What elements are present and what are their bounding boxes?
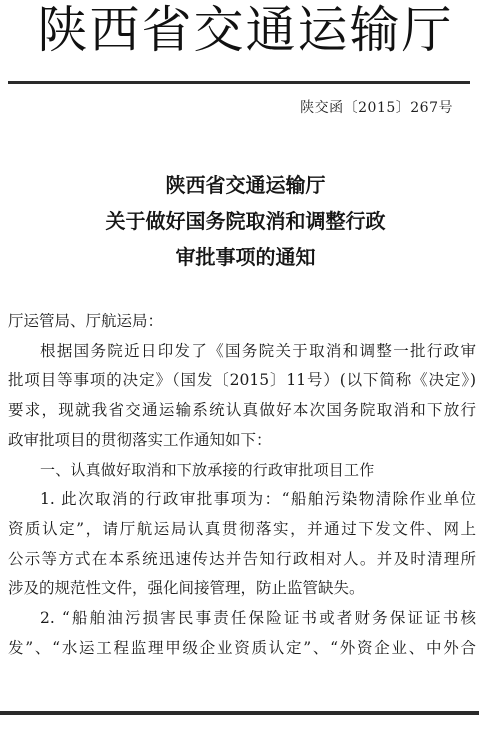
intro-line-4: 政审批项目的贯彻落实工作通知如下：: [8, 426, 476, 456]
document-number: 陕交函〔2015〕267号: [300, 99, 453, 117]
section-heading: 一、认真做好取消和下放承接的行政审批项目工作: [8, 456, 476, 486]
salutation: 厅运管局、厅航运局：: [8, 307, 476, 337]
masthead-title: 陕西省交通运输厅: [0, 2, 491, 58]
title-line-2: 关于做好国务院取消和调整行政: [0, 203, 491, 239]
item1-line-2: 资质认定”，请厅航运局认真贯彻落实，并通过下发文件、网上: [8, 515, 476, 545]
masthead-divider: [8, 81, 470, 84]
item1-line-1: 1. 此次取消的行政审批事项为：“船舶污染物清除作业单位: [8, 485, 476, 515]
page-bottom-divider: [0, 711, 479, 715]
item2-line-2: 发”、“水运工程监理甲级企业资质认定”、“外资企业、中外合: [8, 634, 476, 664]
item2-line-1: 2. “船舶油污损害民事责任保险证书或者财务保证证书核: [8, 604, 476, 634]
item1-line-3: 公示等方式在本系统迅速传达并告知行政相对人。并及时清理所: [8, 545, 476, 575]
title-line-3: 审批事项的通知: [0, 239, 491, 275]
intro-line-2: 批项目等事项的决定》（国发〔2015〕11号）(以下简称《决定》): [8, 366, 476, 396]
item1-line-4: 涉及的规范性文件，强化间接管理，防止监管缺失。: [8, 574, 476, 604]
title-line-1: 陕西省交通运输厅: [0, 167, 491, 203]
document-body: 厅运管局、厅航运局： 根据国务院近日印发了《国务院关于取消和调整一批行政审 批项…: [8, 307, 476, 663]
intro-line-3: 要求，现就我省交通运输系统认真做好本次国务院取消和下放行: [8, 396, 476, 426]
intro-line-1: 根据国务院近日印发了《国务院关于取消和调整一批行政审: [8, 337, 476, 367]
document-title: 陕西省交通运输厅 关于做好国务院取消和调整行政 审批事项的通知: [0, 167, 491, 275]
